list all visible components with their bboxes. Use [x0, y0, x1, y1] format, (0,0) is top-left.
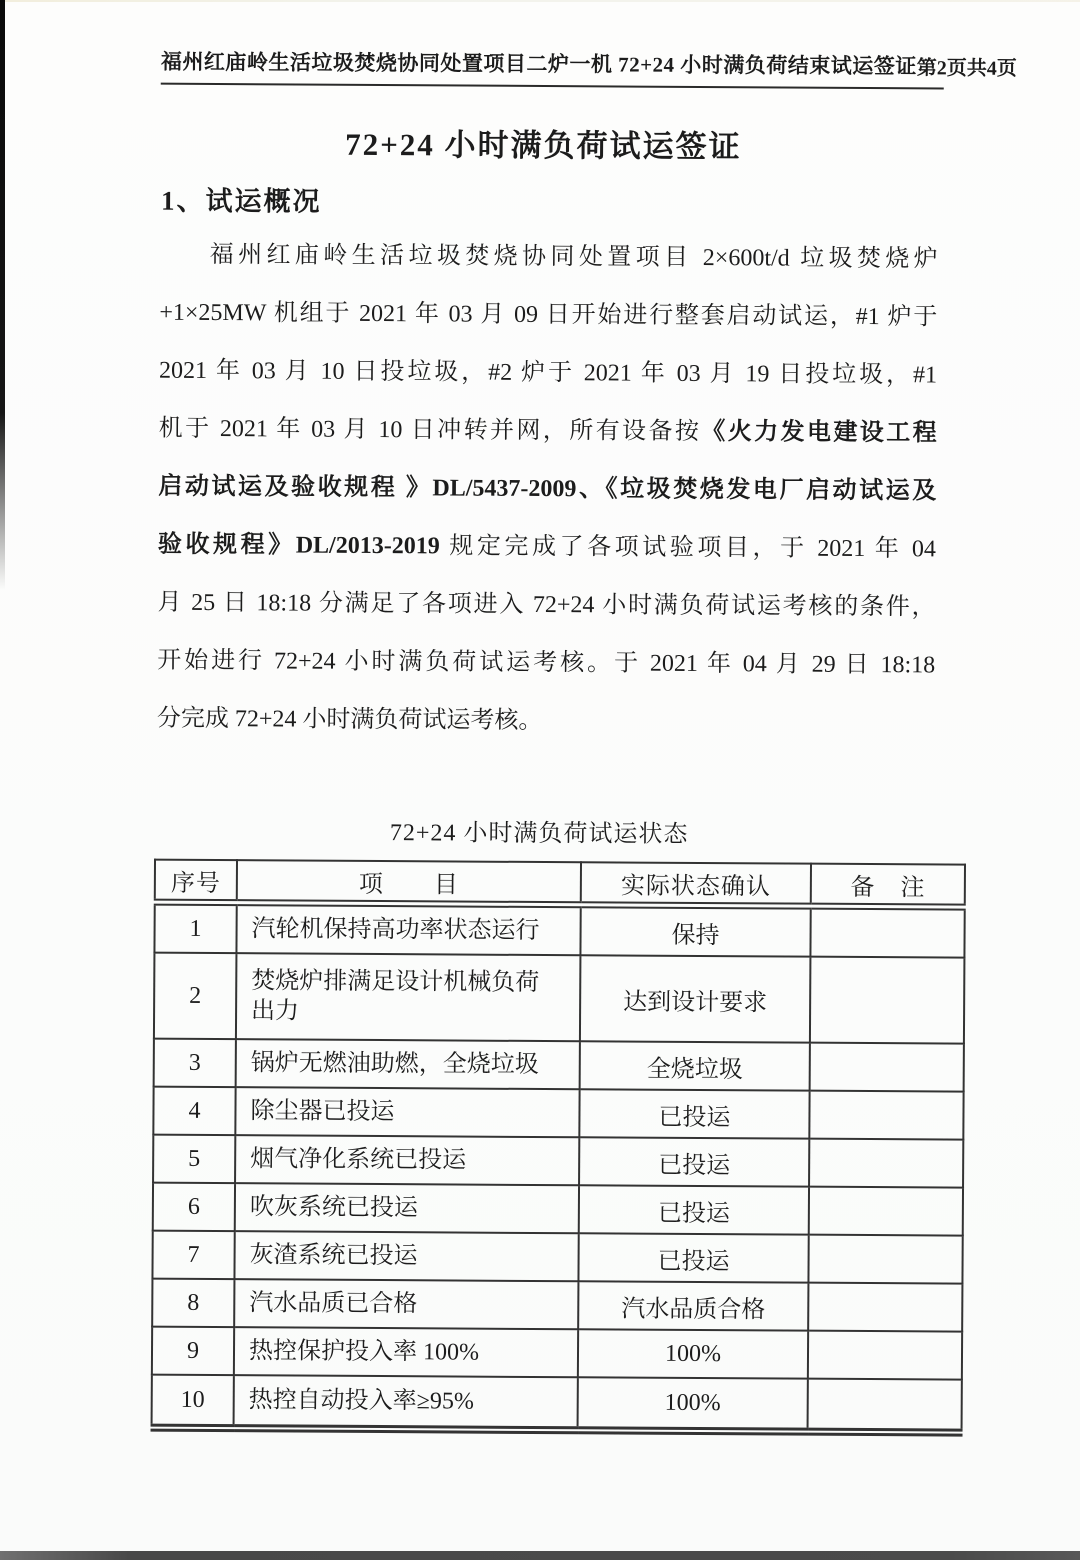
item-cell: 焚烧炉排满足设计机械负荷出力	[236, 953, 581, 1041]
status-cell: 保持	[580, 905, 810, 957]
status-table-body: 1汽轮机保持高功率状态运行保持2焚烧炉排满足设计机械负荷出力达到设计要求3锅炉无…	[152, 902, 965, 1432]
body-text: 福州红庙岭生活垃圾焚烧协同处置项目 2×600t/d 垃圾焚烧炉	[210, 242, 938, 272]
remark-cell	[808, 1235, 962, 1284]
intro-paragraph: 福州红庙岭生活垃圾焚烧协同处置项目 2×600t/d 垃圾焚烧炉+1×25MW …	[157, 226, 938, 753]
status-table-header-cell: 项 目	[237, 860, 581, 905]
table-row: 3锅炉无燃油助燃，全烧垃圾全烧垃圾	[154, 1039, 964, 1092]
body-text: 2021 年 03 月 10 日投垃圾，#2 炉于 2021 年 03 月 19…	[159, 358, 937, 389]
item-cell: 热控保护投入率 100%	[234, 1327, 578, 1377]
body-text: 开始进行 72+24 小时满负荷试运考核。于 2021 年 04 月 29 日 …	[157, 648, 935, 679]
remark-cell	[810, 906, 964, 957]
status-cell: 达到设计要求	[580, 955, 811, 1042]
document-title: 72+24 小时满负荷试运签证	[3, 117, 1080, 169]
table-row: 1汽轮机保持高功率状态运行保持	[154, 902, 964, 957]
table-row: 8汽水品质已合格汽水品质合格	[152, 1279, 962, 1332]
status-table-header-cell: 序号	[155, 860, 237, 903]
remark-cell	[809, 1091, 963, 1140]
status-cell: 全烧垃圾	[580, 1041, 810, 1090]
page-number-label: 第2页共4页	[917, 51, 1017, 81]
running-header-title: 福州红庙岭生活垃圾焚烧协同处置项目二炉一机 72+24 小时满负荷结束试运签证	[161, 46, 917, 81]
paragraph-line: 开始进行 72+24 小时满负荷试运考核。于 2021 年 04 月 29 日 …	[157, 632, 935, 695]
row-number-cell: 1	[154, 902, 236, 953]
table-row: 2焚烧炉排满足设计机械负荷出力达到设计要求	[154, 953, 965, 1044]
table-row: 6吹灰系统已投运已投运	[153, 1183, 963, 1236]
row-number-cell: 4	[153, 1087, 235, 1136]
row-number-cell: 2	[154, 953, 237, 1039]
standard-title-bold-text: 《火力发电建设工程	[701, 419, 936, 446]
table-row: 9热控保护投入率 100%100%	[152, 1327, 962, 1380]
row-number-cell: 10	[152, 1375, 234, 1429]
status-table: 序号项 目实际状态确认备 注 1汽轮机保持高功率状态运行保持2焚烧炉排满足设计机…	[151, 859, 966, 1437]
remark-cell	[809, 1187, 963, 1236]
status-cell: 100%	[578, 1329, 808, 1378]
running-header: 福州红庙岭生活垃圾焚烧协同处置项目二炉一机 72+24 小时满负荷结束试运签证 …	[161, 46, 944, 90]
remark-cell	[808, 1283, 962, 1332]
body-text: 月 25 日 18:18 分满足了各项进入 72+24 小时满负荷试运考核的条件…	[158, 590, 936, 621]
table-row: 4除尘器已投运已投运	[153, 1087, 963, 1140]
item-cell: 热控自动投入率≥95%	[234, 1375, 578, 1430]
item-cell: 灰渣系统已投运	[234, 1231, 578, 1281]
status-table-header-cell: 实际状态确认	[581, 862, 811, 906]
body-text: +1×25MW 机组于 2021 年 03 月 09 日开始进行整套启动试运，#…	[159, 300, 937, 331]
item-cell: 烟气净化系统已投运	[235, 1135, 579, 1185]
paragraph-line: 启动试运及验收规程 》DL/5437-2009、《垃圾焚烧发电厂启动试运及	[158, 458, 936, 521]
row-number-cell: 5	[153, 1135, 235, 1184]
row-number-cell: 6	[153, 1183, 235, 1232]
row-number-cell: 3	[154, 1039, 236, 1088]
item-cell: 汽轮机保持高功率状态运行	[236, 903, 580, 956]
status-cell: 已投运	[578, 1233, 808, 1282]
paragraph-line: 2021 年 03 月 10 日投垃圾，#2 炉于 2021 年 03 月 19…	[159, 342, 937, 405]
scan-edge-bottom	[0, 1551, 1080, 1560]
remark-cell	[808, 1379, 962, 1433]
status-table-caption: 72+24 小时满负荷试运状态	[0, 810, 1079, 852]
status-cell: 汽水品质合格	[578, 1281, 808, 1330]
table-row: 10热控自动投入率≥95%100%	[152, 1375, 962, 1433]
status-table-header-cell: 备 注	[811, 864, 965, 907]
table-row: 7灰渣系统已投运已投运	[152, 1231, 962, 1284]
item-cell: 吹灰系统已投运	[235, 1183, 579, 1233]
scan-edge-top	[0, 0, 1080, 2]
paragraph-line: 福州红庙岭生活垃圾焚烧协同处置项目 2×600t/d 垃圾焚烧炉	[160, 226, 938, 289]
paragraph-line: 分完成 72+24 小时满负荷试运考核。	[157, 690, 935, 753]
item-cell: 锅炉无燃油助燃，全烧垃圾	[236, 1039, 580, 1089]
scan-edge-left	[0, 0, 5, 590]
status-cell: 100%	[578, 1377, 808, 1431]
table-row: 5烟气净化系统已投运已投运	[153, 1135, 963, 1188]
standard-title-bold-text: 启动试运及验收规程 》DL/5437-2009、《垃圾焚烧发电厂启动试运及	[158, 474, 936, 505]
body-text: 机于 2021 年 03 月 10 日冲转并网，所有设备按	[159, 416, 702, 445]
item-cell: 除尘器已投运	[235, 1087, 579, 1137]
item-cell: 汽水品质已合格	[234, 1279, 578, 1329]
body-text: 分完成 72+24 小时满负荷试运考核。	[157, 706, 543, 734]
section-1-heading: 1、试运概况	[161, 179, 322, 219]
row-number-cell: 9	[152, 1327, 234, 1376]
remark-cell	[810, 957, 965, 1044]
status-cell: 已投运	[579, 1089, 809, 1138]
paragraph-line: +1×25MW 机组于 2021 年 03 月 09 日开始进行整套启动试运，#…	[159, 284, 937, 347]
body-text: 规定完成了各项试验项目，于 2021 年 04	[440, 533, 936, 562]
status-cell: 已投运	[579, 1185, 809, 1234]
scanned-page: 福州红庙岭生活垃圾焚烧协同处置项目二炉一机 72+24 小时满负荷结束试运签证 …	[0, 0, 1080, 1560]
status-cell: 已投运	[579, 1137, 809, 1186]
paragraph-line: 月 25 日 18:18 分满足了各项进入 72+24 小时满负荷试运考核的条件…	[157, 574, 935, 637]
status-table-head-row: 序号项 目实际状态确认备 注	[155, 860, 965, 907]
standard-title-bold-text: 验收规程》DL/2013-2019	[158, 532, 440, 560]
row-number-cell: 7	[152, 1231, 234, 1280]
paragraph-line: 验收规程》DL/2013-2019 规定完成了各项试验项目，于 2021 年 0…	[158, 516, 936, 579]
paragraph-line: 机于 2021 年 03 月 10 日冲转并网，所有设备按《火力发电建设工程	[158, 400, 936, 463]
row-number-cell: 8	[152, 1279, 234, 1328]
remark-cell	[808, 1331, 962, 1380]
remark-cell	[809, 1139, 963, 1188]
remark-cell	[810, 1043, 964, 1092]
